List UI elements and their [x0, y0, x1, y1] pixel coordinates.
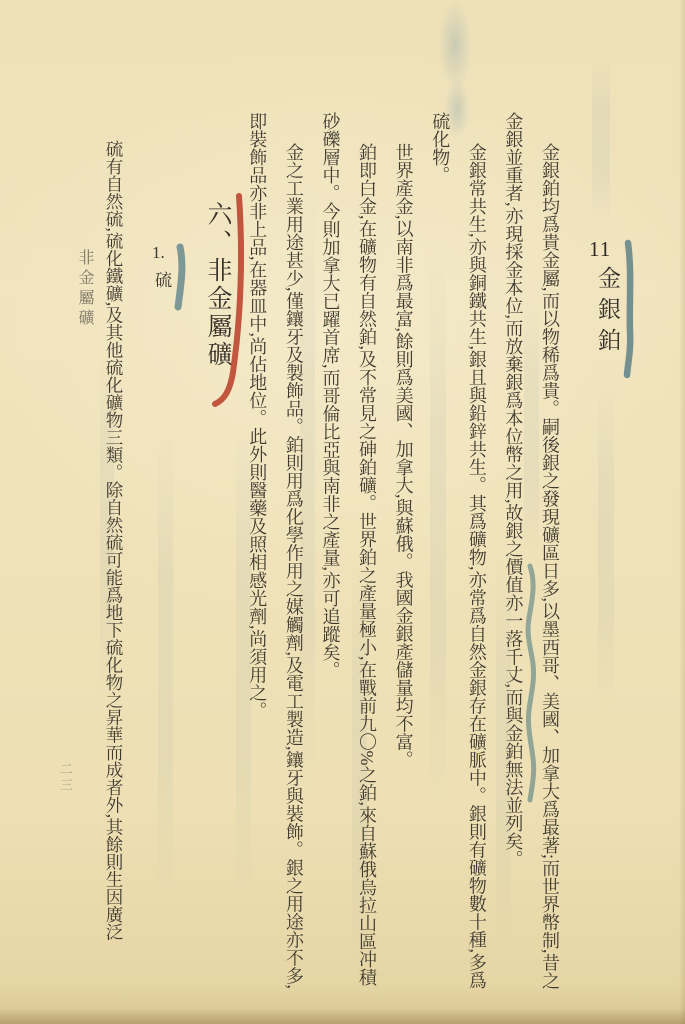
subsection-number: 1. [152, 243, 165, 263]
paragraph: 鉑即白金,在礦物有自然鉑,及不常見之砷鉑礦。世界鉑之產量極小,在戰前九〇%之鉑,… [312, 112, 385, 994]
show-through-smudge [598, 380, 614, 710]
blue-line-subsection [178, 247, 182, 307]
page-edge-shadow [679, 0, 685, 1024]
margin-running-header: 非金屬礦 [73, 249, 96, 329]
scanned-page: 11 金銀鉑 金銀鉑均爲貴金屬,而以物稀爲貴。嗣後銀之發現礦區日多,以墨西哥、美… [0, 0, 685, 1024]
page-bottom-shadow [0, 1008, 685, 1024]
paragraph: 世界產金,以南非爲最富,餘則爲美國、加拿大,與蘇俄。我國金銀產儲量均不富。 [385, 112, 422, 994]
chapter-number: 11 [589, 237, 611, 262]
paragraph: 硫有自然硫,硫化鐵礦,及其他硫化礦物三類。除自然硫可能爲地下硫化物之昇華而成者外… [96, 112, 132, 996]
show-through-smudge [158, 430, 173, 900]
paragraph: 金銀常共生,亦與銅鐵共生,銀且與鉛鋅共生。其爲礦物,亦常爲自然金銀存在礦脈中。銀… [422, 112, 495, 994]
show-through-smudge [592, 55, 610, 225]
subsection-title: 硫 [149, 271, 174, 288]
section-heading: 六、非金屬礦 [199, 201, 235, 369]
blue-line-chapter-title [627, 243, 630, 375]
page-number: 二三 [56, 762, 75, 794]
ink-smudge [438, 0, 472, 90]
subsection-body: 硫有自然硫,硫化鐵礦,及其他硫化礦物三類。除自然硫可能爲地下硫化物之昇華而成者外… [92, 112, 132, 996]
paragraph: 金之工業用途甚少,僅鑲牙及製飾品。鉑則用爲化學作用之媒觸劑,及電工製造,鑲牙與裝… [239, 112, 312, 994]
chapter-body: 金銀鉑均爲貴金屬,而以物稀爲貴。嗣後銀之發現礦區日多,以墨西哥、美國、加拿大爲最… [236, 112, 568, 994]
paragraph: 金銀鉑均爲貴金屬,而以物稀爲貴。嗣後銀之發現礦區日多,以墨西哥、美國、加拿大爲最… [495, 112, 568, 994]
chapter-title: 金銀鉑 [591, 266, 624, 359]
